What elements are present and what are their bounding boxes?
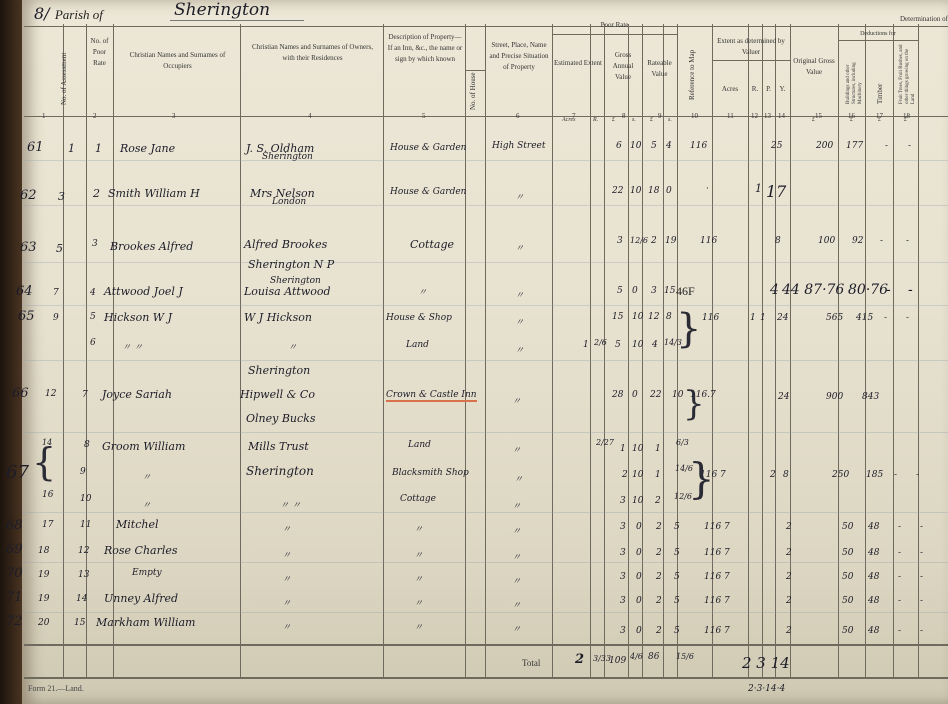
- gross-pounds: 3: [620, 572, 626, 582]
- rateable-shillings: 19: [665, 236, 676, 246]
- rateable-shillings: 10: [672, 390, 683, 400]
- sub-no: 7: [82, 390, 88, 400]
- street: 〃: [512, 524, 521, 537]
- parish-label-text: Parish of: [55, 7, 103, 22]
- occupier: Joyce Sariah: [102, 388, 172, 401]
- description: 〃: [414, 572, 423, 585]
- gross-pounds: 2: [622, 470, 628, 480]
- rateable-pounds: 2: [656, 522, 662, 532]
- col-divider: [762, 24, 763, 678]
- total-gross-pounds: 109: [609, 656, 626, 666]
- description: 〃: [414, 620, 423, 633]
- description: 〃: [414, 522, 423, 535]
- rateable-shillings: 6/3: [676, 438, 689, 447]
- assessment-no: 66: [12, 386, 29, 401]
- assessment-no: 64: [16, 284, 33, 299]
- original-gross: 100: [818, 236, 835, 246]
- extent-p: 8: [783, 470, 789, 480]
- col-header-r: R.: [748, 84, 762, 95]
- buildings: 843: [862, 392, 879, 402]
- col-header-house-no: No. of House: [469, 72, 477, 110]
- col-divider: [552, 24, 553, 678]
- original-gross: 50: [842, 626, 853, 636]
- buildings: 48: [868, 522, 879, 532]
- owner: 〃: [282, 522, 291, 535]
- street: 〃: [512, 443, 521, 456]
- poor-rate-no: 12: [45, 389, 56, 399]
- owner: 〃: [282, 596, 291, 609]
- total-rateable-shillings: 15/6: [676, 652, 694, 661]
- fruit: -: [906, 236, 909, 246]
- unit-acres: Acres: [562, 117, 575, 123]
- street: 〃: [512, 622, 521, 635]
- owner: 〃: [282, 620, 291, 633]
- gross-shillings: 10: [632, 340, 643, 350]
- assessment-no: 70: [6, 566, 23, 581]
- assessment-no: 67: [6, 462, 29, 483]
- col-header-street: Street, Place, Name and Precise Situatio…: [488, 40, 550, 73]
- gross-pounds: 3: [620, 548, 626, 558]
- owner: 〃: [288, 340, 297, 353]
- assessment-no: 65: [18, 309, 35, 324]
- map-ref: 116 7: [704, 626, 730, 636]
- gross-pounds: 5: [617, 286, 623, 296]
- timber: -: [885, 141, 888, 151]
- fruit: -: [908, 141, 911, 151]
- ruled-line: [22, 205, 948, 206]
- rateable-shillings: 12/6: [674, 492, 692, 501]
- col-header-p: P.: [762, 84, 775, 95]
- extent-p: 2: [786, 548, 792, 558]
- col-divider: [642, 24, 643, 678]
- timber: -: [898, 572, 901, 582]
- parish-label: 8/ Parish of: [34, 4, 103, 23]
- sub-no: 5: [90, 312, 96, 322]
- extent-p: 2: [786, 522, 792, 532]
- owner-prefix: Sherington: [248, 364, 310, 377]
- buildings: 415: [856, 313, 873, 323]
- occupier: Empty: [132, 568, 162, 578]
- gross-pounds: 6: [616, 141, 622, 151]
- gross-shillings: 0: [636, 548, 642, 558]
- original-gross: 900: [826, 392, 843, 402]
- street: 〃: [512, 598, 521, 611]
- gross-shillings: 10: [632, 496, 643, 506]
- rateable-pounds: 2: [656, 548, 662, 558]
- occupier: Rose Jane: [120, 142, 175, 155]
- rateable-pounds: 3: [651, 286, 657, 296]
- rateable-pounds: 1: [655, 444, 661, 454]
- gross-shillings: 0: [636, 522, 642, 532]
- folio-mark: 8/: [34, 4, 50, 23]
- street: 〃: [514, 472, 523, 485]
- street: 〃: [512, 574, 521, 587]
- col-divider: [628, 24, 629, 678]
- street: 〃: [512, 550, 521, 563]
- col-divider: [918, 24, 919, 678]
- owner: Mills Trust: [248, 440, 309, 453]
- poor-rate-no: 5: [56, 242, 63, 255]
- timber: -: [880, 236, 883, 246]
- street: High Street: [492, 141, 546, 151]
- rateable-shillings: 5: [674, 626, 680, 636]
- buildings: 48: [868, 626, 879, 636]
- street: 〃: [515, 190, 524, 203]
- gross-pounds: 3: [620, 496, 626, 506]
- total-top-rule: [24, 644, 948, 646]
- owner: W J Hickson: [244, 311, 312, 324]
- gross-shillings: 0: [632, 286, 638, 296]
- extent-p: 2: [786, 572, 792, 582]
- col-number: 4: [308, 112, 312, 120]
- owner: Sherington: [246, 464, 314, 478]
- col-number: 11: [727, 112, 734, 120]
- fruit: -: [920, 548, 923, 558]
- table-bottom-rule: [24, 677, 948, 679]
- col-header-buildings: Buildings and other Structures, includin…: [846, 44, 864, 104]
- ruled-line: [22, 360, 948, 361]
- gross-shillings: 10: [630, 141, 641, 151]
- rateable-pounds: 2: [656, 626, 662, 636]
- col-divider: [113, 24, 114, 678]
- unit-pound: £: [850, 117, 853, 123]
- assessment-no: 68: [6, 518, 23, 533]
- rateable-shillings: 5: [674, 522, 680, 532]
- ruled-line: [22, 305, 948, 306]
- gross-pounds: 28: [612, 390, 623, 400]
- total-rateable-pounds: 86: [648, 652, 659, 662]
- street: 〃: [515, 288, 524, 301]
- header-bottom-rule: [24, 116, 948, 117]
- occupier: Rose Charles: [104, 544, 178, 557]
- description: 〃: [418, 285, 427, 298]
- rateable-pounds: 18: [648, 186, 659, 196]
- rateable-shillings: 5: [674, 596, 680, 606]
- map-ref: 116: [690, 141, 707, 151]
- table-top-rule: [24, 26, 948, 27]
- unit-shilling: s.: [632, 117, 636, 123]
- assessment-no: 69: [6, 542, 23, 557]
- col-divider: [590, 24, 591, 678]
- poor-rate-no: 7: [53, 288, 59, 298]
- sub-no: 15: [74, 618, 85, 628]
- assessment-no: 62: [20, 188, 37, 203]
- street: 〃: [515, 343, 524, 356]
- occupier: 〃: [142, 498, 151, 511]
- col-header-original-gross: Original Gross Value: [792, 56, 836, 78]
- total-estimated-acres: 2: [575, 652, 584, 667]
- extent-rule: [712, 60, 790, 61]
- extent-p: 2: [786, 626, 792, 636]
- street: 〃: [512, 394, 521, 407]
- buildings: 92: [852, 236, 863, 246]
- col-header-occupiers: Christian Names and Surnames of Occupier…: [120, 50, 235, 72]
- street: 〃: [515, 241, 524, 254]
- extent-p: 17: [766, 182, 786, 201]
- col-number: 12: [751, 112, 758, 120]
- rateable-pounds: 2: [651, 236, 657, 246]
- sub-no: 8: [84, 440, 90, 450]
- description: 〃: [414, 548, 423, 561]
- poor-rate-no: 17: [42, 520, 53, 530]
- poor-rate-no: 19: [38, 594, 49, 604]
- buildings: 185: [866, 470, 883, 480]
- fruit: -: [920, 596, 923, 606]
- occupier: Unney Alfred: [104, 592, 178, 605]
- col-divider: [893, 24, 894, 678]
- col-header-gross-annual: Gross Annual Value: [604, 50, 642, 83]
- col-header-fruit-trees: Fruit Trees, Fruit Bushes, and other thi…: [899, 44, 917, 104]
- col-number: 8: [622, 112, 626, 120]
- occupier: Markham William: [96, 616, 196, 629]
- gross-pounds: 3: [620, 596, 626, 606]
- occupier: Hickson W J: [104, 311, 172, 324]
- ruled-line: [22, 432, 948, 433]
- map-ref: 116 7: [704, 548, 730, 558]
- deductions-rule: [838, 40, 918, 41]
- description: Cottage: [400, 494, 436, 504]
- col-divider: [748, 24, 749, 678]
- parish-name: Sherington: [170, 0, 304, 21]
- group-header-extent-valuer: Extent as determined by Valuer: [712, 36, 790, 58]
- map-ref: 116: [702, 313, 719, 323]
- map-ref: ·: [706, 184, 709, 194]
- sub-no: 3: [92, 239, 98, 249]
- assessment-no: 71: [6, 590, 23, 605]
- unit-pound: £: [612, 117, 615, 123]
- gross-shillings: 10: [632, 444, 643, 454]
- owner: Hipwell & Co: [240, 388, 315, 401]
- col-divider: [240, 24, 241, 678]
- original-gross: 565: [826, 313, 843, 323]
- col-header-timber: Timber: [876, 84, 884, 104]
- occupier: Brookes Alfred: [110, 240, 193, 253]
- gross-pounds: 1: [620, 444, 626, 454]
- col-number: 1: [42, 112, 46, 120]
- extent-r: 1: [755, 182, 762, 195]
- fruit: -: [920, 572, 923, 582]
- ruled-line: [22, 160, 948, 161]
- extent-r: 1: [760, 313, 766, 323]
- sub-no: 12: [78, 546, 89, 556]
- gross-shillings: 10: [632, 312, 643, 322]
- poor-rate-no: 1: [68, 142, 75, 155]
- original-gross: 50: [842, 596, 853, 606]
- col-number: 9: [658, 112, 662, 120]
- sub-no: 1: [95, 142, 102, 155]
- owner: Louisa Attwood: [244, 285, 331, 298]
- col-number: 10: [691, 112, 698, 120]
- total-label: Total: [522, 658, 540, 668]
- estimated-roods: 2/27: [596, 438, 614, 447]
- col-number: 6: [516, 112, 520, 120]
- timber: -: [898, 548, 901, 558]
- rateable-pounds: 4: [652, 340, 658, 350]
- occupier: Smith William H: [108, 187, 200, 200]
- rateable-shillings: 5: [674, 548, 680, 558]
- col-number: 3: [172, 112, 176, 120]
- sub-no: 13: [78, 570, 89, 580]
- poor-rate-no: 14: [42, 438, 52, 447]
- extent-p: 25: [771, 141, 782, 151]
- map-ref: 46F: [676, 284, 695, 299]
- sub-no: 10: [80, 494, 91, 504]
- col-number: 14: [778, 112, 785, 120]
- gross-pounds: 5: [615, 340, 621, 350]
- owner: 〃: [282, 572, 291, 585]
- rateable-pounds: 2: [656, 572, 662, 582]
- col-divider: [604, 24, 605, 678]
- extent-p: 24: [777, 313, 788, 323]
- buildings: 48: [868, 548, 879, 558]
- col-divider: [663, 24, 664, 678]
- description: Land: [408, 440, 431, 450]
- gross-pounds: 15: [612, 312, 623, 322]
- buildings: 80·76: [848, 282, 888, 298]
- brace: }: [676, 306, 701, 352]
- group-header-deductions: Deductions for: [838, 29, 918, 40]
- fruit: -: [920, 626, 923, 636]
- brace: }: [688, 454, 715, 503]
- total-extent: 2 3 14: [742, 654, 790, 672]
- owner-residence: Sherington N P: [248, 258, 334, 271]
- description: Land: [406, 340, 429, 350]
- col-header-estimated-extent: Estimated Extent: [553, 58, 603, 69]
- sub-no: 6: [90, 338, 96, 348]
- gross-pounds: 3: [620, 626, 626, 636]
- fruit: -: [906, 313, 909, 323]
- occupier: 〃: [142, 470, 151, 483]
- gross-pounds: 3: [620, 522, 626, 532]
- gross-shillings: 12/6: [630, 236, 648, 245]
- col-header-acres: Acres: [712, 84, 748, 95]
- poor-rate-no: 18: [38, 546, 49, 556]
- original-gross: 250: [832, 470, 849, 480]
- sub-no: 9: [80, 467, 86, 477]
- rateable-shillings: 15: [664, 286, 675, 296]
- group-header-determination: Determination of: [840, 14, 948, 25]
- gross-shillings: 0: [636, 572, 642, 582]
- poor-rate-rule: [552, 34, 677, 35]
- unit-pound: £: [650, 117, 653, 123]
- map-ref: 116 7: [704, 596, 730, 606]
- original-gross: 50: [842, 572, 853, 582]
- extent-acres: 1: [750, 313, 756, 323]
- buildings: 177: [846, 141, 863, 151]
- estimated-acres: 1: [583, 340, 589, 350]
- map-ref: 116: [700, 236, 717, 246]
- extent-p: 8: [775, 236, 781, 246]
- col-number: 5: [422, 112, 426, 120]
- rateable-shillings: 8: [666, 312, 672, 322]
- original-gross: 44 87·76: [782, 282, 844, 298]
- poor-rate-no: 19: [38, 570, 49, 580]
- occupier: 〃 〃: [122, 340, 143, 353]
- col-header-y: Y.: [775, 84, 790, 95]
- rateable-pounds: 2: [655, 496, 661, 506]
- col-header-description: Description of Property— If an Inn, &c.,…: [387, 32, 463, 65]
- fruit: -: [916, 470, 919, 480]
- owner-residence: Sherington: [270, 276, 321, 286]
- owner-residence: Olney Bucks: [246, 412, 315, 425]
- timber: -: [898, 596, 901, 606]
- poor-rate-no: 9: [53, 313, 59, 323]
- ruled-line: [22, 562, 948, 563]
- buildings: 48: [868, 572, 879, 582]
- fruit: -: [908, 282, 913, 298]
- col-divider: [63, 24, 64, 678]
- fruit: -: [920, 522, 923, 532]
- original-gross: 200: [816, 141, 833, 151]
- description: House & Shop: [386, 313, 452, 323]
- original-gross: 50: [842, 522, 853, 532]
- extent-p: 24: [778, 392, 789, 402]
- col-number: 2: [93, 112, 97, 120]
- col-header-map-ref: Reference to Map: [688, 50, 696, 100]
- rateable-pounds: 22: [650, 390, 661, 400]
- poor-rate-no: 20: [38, 618, 49, 628]
- gross-shillings: 10: [630, 186, 641, 196]
- assessment-no: 61: [27, 140, 44, 155]
- occupier: Mitchel: [116, 518, 158, 531]
- extent-p: 4: [770, 282, 779, 298]
- sub-no: 4: [90, 288, 96, 298]
- col-divider: [465, 24, 466, 678]
- ruled-line: [22, 512, 948, 513]
- owner: Alfred Brookes: [244, 238, 327, 251]
- unit-shilling: s.: [668, 117, 672, 123]
- ruled-line: [22, 262, 948, 263]
- assessment-no: 63: [20, 240, 37, 255]
- assessment-no: 72: [6, 614, 23, 629]
- col-number: 13: [764, 112, 771, 120]
- description: Crown & Castle Inn: [386, 390, 477, 402]
- occupier: Attwood Joel J: [104, 285, 183, 298]
- brace: }: [683, 384, 705, 424]
- description: Cottage: [410, 238, 454, 251]
- gross-pounds: 22: [612, 186, 623, 196]
- gross-shillings: 0: [632, 390, 638, 400]
- rateable-pounds: 1: [655, 470, 661, 480]
- gross-shillings: 0: [636, 596, 642, 606]
- total-extent-note: 2·3·14·4: [748, 684, 785, 694]
- col-divider: [383, 24, 384, 678]
- col-divider: [485, 24, 486, 678]
- unit-pound: £: [904, 117, 907, 123]
- col-header-assessment: No. of Assessment: [60, 53, 68, 105]
- buildings: 48: [868, 596, 879, 606]
- rateable-pounds: 12: [648, 312, 659, 322]
- sub-no: 14: [76, 594, 87, 604]
- description: House & Garden: [390, 143, 466, 153]
- form-label: Form 21.—Land.: [28, 684, 84, 693]
- gross-pounds: 3: [617, 236, 623, 246]
- poor-rate-no: 3: [58, 190, 65, 203]
- sub-no: 2: [93, 187, 100, 200]
- street: 〃: [512, 499, 521, 512]
- unit-pound: £: [878, 117, 881, 123]
- rateable-pounds: 2: [656, 596, 662, 606]
- rateable-shillings: 5: [674, 572, 680, 582]
- map-ref: 116 7: [704, 572, 730, 582]
- timber: -: [884, 313, 887, 323]
- timber: -: [898, 522, 901, 532]
- estimated-roods: 2/6: [594, 338, 607, 347]
- col-number: 15: [815, 112, 822, 120]
- timber: -: [894, 470, 897, 480]
- poor-rate-no: 16: [42, 490, 53, 500]
- street: 〃: [515, 315, 524, 328]
